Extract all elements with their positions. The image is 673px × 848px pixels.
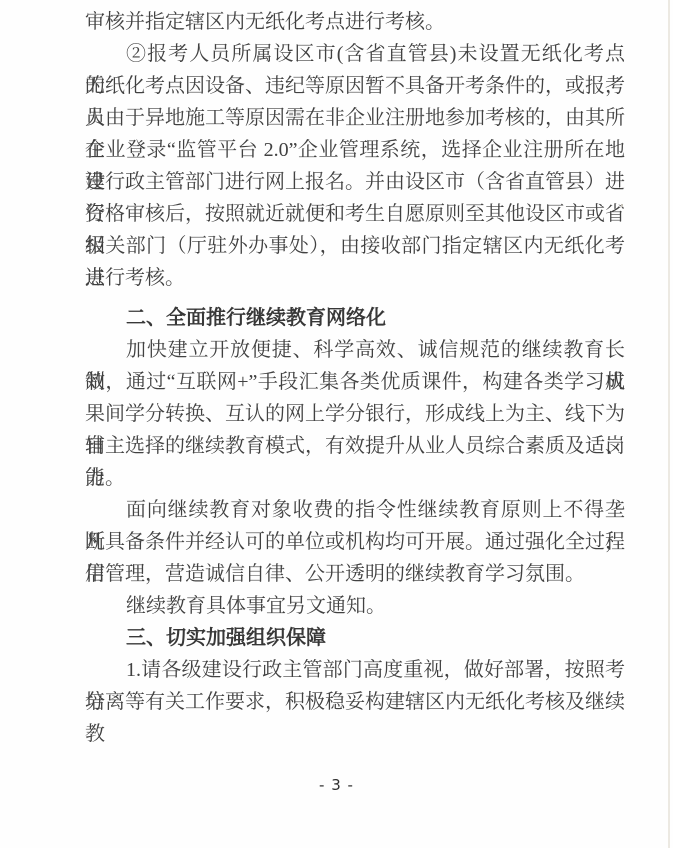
text-line: 果间学分转换、互认的网上学分银行，形成线上为主、线下为辅、 xyxy=(85,398,625,430)
text-line: 无纸化考点因设备、违纪等原因暂不具备开考条件的，或报考人 xyxy=(85,70,625,102)
text-line: 企业登录“监管平台 2.0”企业管理系统，选择企业注册所在地建 xyxy=(85,134,625,166)
text-line: 力。 xyxy=(85,462,625,494)
text-line: 审核并指定辖区内无纸化考点进行考核。 xyxy=(85,6,625,38)
section-heading: 二、全面推行继续教育网络化 xyxy=(85,302,625,334)
text-line: 资格审核后，按照就近就便和考生自愿原则至其他设区市或省级 xyxy=(85,198,625,230)
document-body: 审核并指定辖区内无纸化考点进行考核。②报考人员所属设区市(含省直管县)未设置无纸… xyxy=(85,6,625,718)
text-line: 继续教育具体事宜另文通知。 xyxy=(85,590,625,622)
scan-artifact-speck xyxy=(621,204,623,207)
text-line: 用管理，营造诚信自律、公开透明的继续教育学习氛围。 xyxy=(85,558,625,590)
section-heading: 三、切实加强组织保障 xyxy=(85,622,625,654)
text-line: 设行政主管部门进行网上报名。并由设区市（含省直管县）进行 xyxy=(85,166,625,198)
text-line: 制，通过“互联网+”手段汇集各类优质课件，构建各类学习成 xyxy=(85,366,625,398)
text-line: 自主选择的继续教育模式，有效提升从业人员综合素质及适岗能 xyxy=(85,430,625,462)
text-line: 面向继续教育对象收费的指令性继续教育原则上不得垄断， xyxy=(85,494,625,526)
document-page: 审核并指定辖区内无纸化考点进行考核。②报考人员所属设区市(含省直管县)未设置无纸… xyxy=(0,0,673,848)
page-number: - 3 - xyxy=(0,776,673,794)
text-line: 进行考核。 xyxy=(85,262,625,294)
text-line: 分离等有关工作要求，积极稳妥构建辖区内无纸化考核及继续教 xyxy=(85,686,625,718)
text-line: 加快建立开放便捷、科学高效、诚信规范的继续教育长效机 xyxy=(85,334,625,366)
scan-artifact-line xyxy=(668,0,670,848)
text-line: 凡具备条件并经认可的单位或机构均可开展。通过强化全过程信 xyxy=(85,526,625,558)
text-line: 相关部门（厅驻外办事处），由接收部门指定辖区内无纸化考点 xyxy=(85,230,625,262)
text-line: ②报考人员所属设区市(含省直管县)未设置无纸化考点的， xyxy=(85,38,625,70)
text-line: 员由于异地施工等原因需在非企业注册地参加考核的，由其所在 xyxy=(85,102,625,134)
text-line: 1.请各级建设行政主管部门高度重视，做好部署，按照考培 xyxy=(85,654,625,686)
